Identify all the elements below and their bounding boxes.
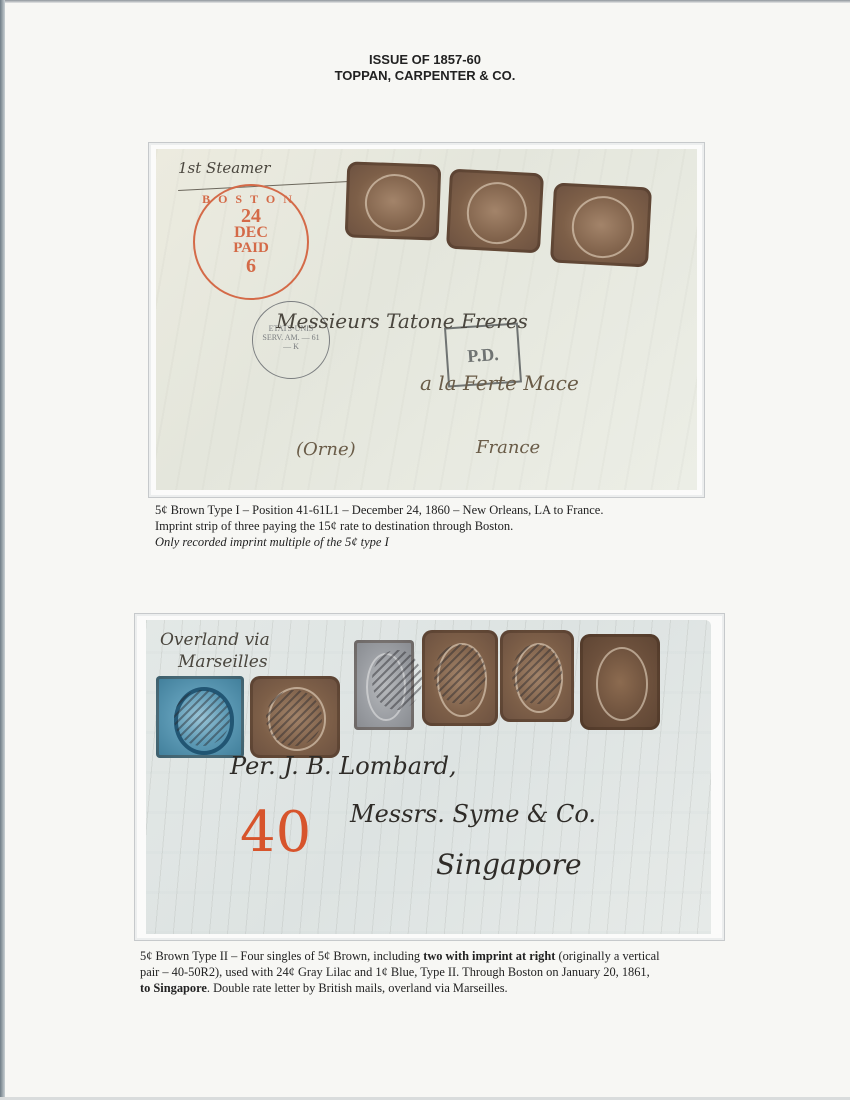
cover-2-mount: Overland via Marseilles Per. J. B. Lomba… [134, 613, 725, 941]
grid-cancel-2 [266, 690, 322, 746]
caption-2-text-a: 5¢ Brown Type II – Four singles of 5¢ Br… [140, 949, 423, 963]
grid-cancel-3 [372, 650, 422, 710]
cover-1-mount: 1st Steamer BOSTON 24 DEC PAID 6 ETATS-U… [148, 142, 705, 498]
boston-paid-postmark: BOSTON 24 DEC PAID 6 [193, 184, 309, 300]
department: (Orne) [296, 439, 356, 460]
caption-1-note: Only recorded imprint multiple of the 5¢… [155, 535, 389, 549]
cover-1-image: 1st Steamer BOSTON 24 DEC PAID 6 ETATS-U… [156, 149, 697, 490]
grid-cancel-4 [434, 644, 486, 704]
stamp-5c-brown-1 [345, 161, 442, 240]
caption-2-line-1: 5¢ Brown Type II – Four singles of 5¢ Br… [140, 948, 740, 964]
grid-cancel-5 [512, 644, 562, 704]
caption-1-line-2: Imprint strip of three paying the 15¢ ra… [155, 518, 715, 534]
caption-1-line-1: 5¢ Brown Type I – Position 41-61L1 – Dec… [155, 502, 715, 518]
care-of: Messrs. Syme & Co. [350, 800, 596, 828]
cover-1-caption: 5¢ Brown Type I – Position 41-61L1 – Dec… [155, 502, 715, 550]
stamp-5c-brown-3 [550, 182, 652, 267]
pd-text: P.D. [467, 344, 500, 366]
page-left-edge [0, 0, 5, 1100]
routing-overland: Overland via [160, 630, 270, 650]
country: France [476, 437, 540, 458]
routing-marseilles: Marseilles [178, 652, 268, 672]
page-header: ISSUE OF 1857-60 TOPPAN, CARPENTER & CO. [0, 52, 850, 84]
postmark-day: 24 [195, 207, 307, 225]
stamp-5c-brown-imprint-2 [580, 634, 660, 730]
caption-2-line-3: to Singapore. Double rate letter by Brit… [140, 980, 740, 996]
postmark-month: DEC [195, 225, 307, 241]
caption-2-line-2: pair – 40-50R2), used with 24¢ Gray Lila… [140, 964, 740, 980]
postmark-rate: 6 [195, 256, 307, 276]
caption-2-bold-singapore: to Singapore [140, 981, 207, 995]
destination: Singapore [436, 848, 582, 881]
page-top-edge [0, 0, 850, 3]
caption-2-text-end: . Double rate letter by British mails, o… [207, 981, 508, 995]
addressee: Messieurs Tatone Freres [276, 309, 528, 333]
caption-2-bold-imprint: two with imprint at right [423, 949, 555, 963]
town: a la Ferte Mace [420, 371, 579, 395]
due-marking-40: 40 [240, 800, 311, 865]
cover-2-caption: 5¢ Brown Type II – Four singles of 5¢ Br… [140, 948, 740, 996]
routing-note: 1st Steamer [178, 159, 270, 177]
stamp-5c-brown-2 [446, 169, 544, 254]
page-subtitle: TOPPAN, CARPENTER & CO. [0, 68, 850, 84]
caption-2-text-c: (originally a vertical [555, 949, 659, 963]
cover-2-image: Overland via Marseilles Per. J. B. Lomba… [146, 620, 711, 934]
grid-cancel-1 [174, 690, 230, 746]
addressee: Per. J. B. Lombard, [230, 752, 457, 780]
postmark-status: PAID [195, 241, 307, 256]
page-title: ISSUE OF 1857-60 [0, 52, 850, 68]
